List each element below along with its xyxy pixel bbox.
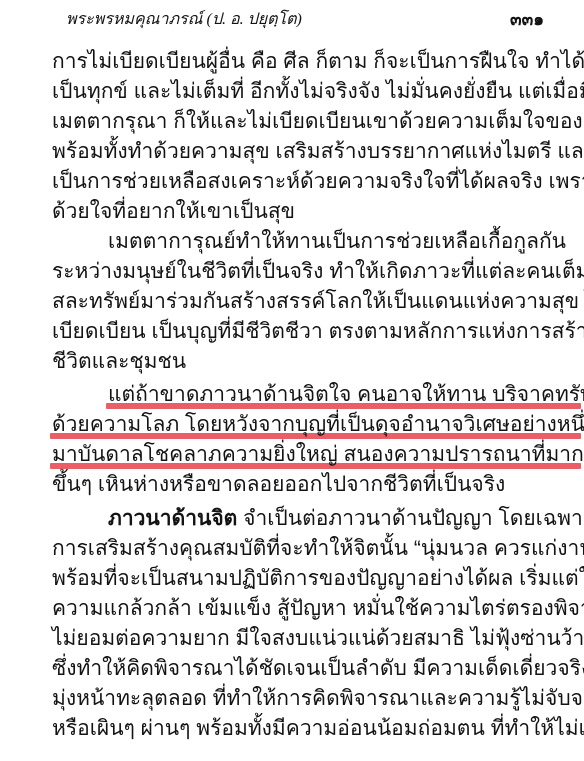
text-line: เป็นทุกข์ และไม่เต็มที่ อีกทั้งไม่จริงจั… (52, 77, 536, 107)
text-line-highlighted: ด้วยความโลภ โดยหวังจากบุญที่เป็นดุจอำนาจ… (52, 410, 536, 440)
page-body: การไม่เบียดเบียนผู้อื่น คือ ศีล ก็ตาม ก็… (52, 47, 536, 744)
text-line: เบียดเบียน เป็นบุญที่มีชีวิตชีวา ตรงตามห… (52, 317, 536, 347)
page-number: ๓๓๑ (510, 7, 544, 33)
paragraph-2: เมตตาการุณย์ทำให้ทานเป็นการช่วยเหลือเกื้… (52, 227, 536, 377)
paragraph-3-highlighted: แต่ถ้าขาดภาวนาด้านจิตใจ คนอาจให้ทาน บริจ… (52, 380, 536, 500)
text-line: เป็นการช่วยเหลือสงเคราะห์ด้วยความจริงใจท… (52, 167, 536, 197)
text-line: ซึ่งทำให้คิดพิจารณาได้ชัดเจนเป็นลำดับ มี… (52, 654, 536, 684)
text-line: มุ่งหน้าทะลุตลอด ที่ทำให้การคิดพิจารณาแล… (52, 684, 536, 714)
book-page: พระพรหมคุณาภรณ์ (ป. อ. ปยุตฺโต) ๓๓๑ การไ… (0, 0, 584, 761)
text-line: ขึ้นๆ เหินห่างหรือขาดลอยออกไปจากชีวิตที่… (52, 470, 536, 500)
running-header: พระพรหมคุณาภรณ์ (ป. อ. ปยุตฺโต) ๓๓๑ (66, 7, 544, 33)
paragraph-4: ภาวนาด้านจิต จำเป็นต่อภาวนาด้านปัญญา โดย… (52, 504, 536, 744)
text-line-highlighted: แต่ถ้าขาดภาวนาด้านจิตใจ คนอาจให้ทาน บริจ… (108, 380, 536, 410)
text-line-highlighted: มาบันดาลโชคลาภความยิ่งใหญ่ สนองความปรารถ… (52, 440, 536, 470)
text-line: พร้อมที่จะเป็นสนามปฏิบัติการของปัญญาอย่า… (52, 564, 536, 594)
text-line: ไม่ยอมต่อความยาก มีใจสงบแน่วแน่ด้วยสมาธิ… (52, 624, 536, 654)
text-line: ชีวิตและชุมชน (52, 347, 536, 377)
text-line: สละทรัพย์มาร่วมกันสร้างสรรค์โลกให้เป็นแด… (52, 287, 536, 317)
text-line: ภาวนาด้านจิต จำเป็นต่อภาวนาด้านปัญญา โดย… (108, 504, 536, 534)
text-line-rest: จำเป็นต่อภาวนาด้านปัญญา โดยเฉพาะใน (237, 507, 584, 530)
text-line: เมตตาการุณย์ทำให้ทานเป็นการช่วยเหลือเกื้… (108, 227, 536, 257)
text-line: ระหว่างมนุษย์ในชีวิตที่เป็นจริง ทำให้เกิ… (52, 257, 536, 287)
text-line: พร้อมทั้งทำด้วยความสุข เสริมสร้างบรรยากา… (52, 137, 536, 167)
text-line: ความแกล้วกล้า เข้มแข็ง สู้ปัญหา หมั่นใช้… (52, 594, 536, 624)
bold-lead-phrase: ภาวนาด้านจิต (108, 507, 237, 530)
text-line: หรือเผินๆ ผ่านๆ พร้อมทั้งมีความอ่อนน้อมถ… (52, 714, 536, 744)
text-line: การเสริมสร้างคุณสมบัติที่จะทำให้จิตนั้น … (52, 534, 536, 564)
text-line: การไม่เบียดเบียนผู้อื่น คือ ศีล ก็ตาม ก็… (52, 47, 536, 77)
paragraph-1: การไม่เบียดเบียนผู้อื่น คือ ศีล ก็ตาม ก็… (52, 47, 536, 227)
text-line: ด้วยใจที่อยากให้เขาเป็นสุข (52, 197, 536, 227)
header-author: พระพรหมคุณาภรณ์ (ป. อ. ปยุตฺโต) (66, 7, 302, 33)
text-line: เมตตากรุณา ก็ให้และไม่เบียดเบียนเขาด้วยค… (52, 107, 536, 137)
